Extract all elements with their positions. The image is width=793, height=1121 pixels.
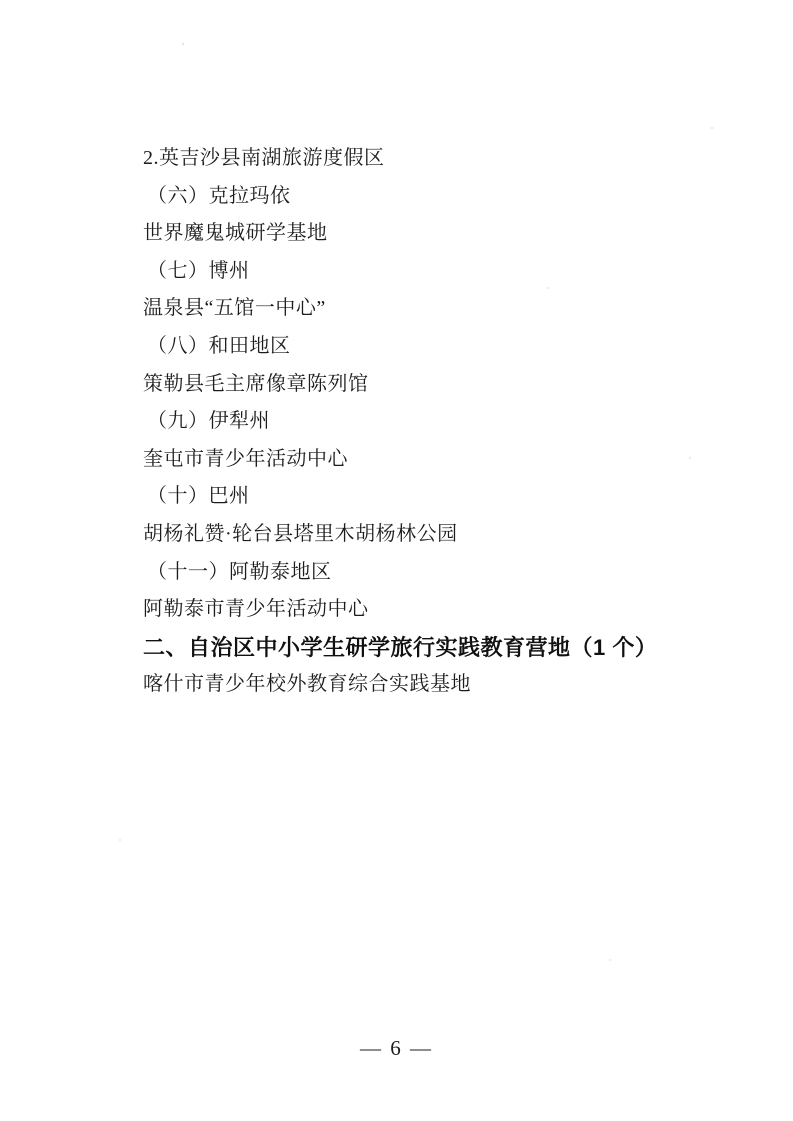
section-heading: 二、自治区中小学生研学旅行实践教育营地（1 个） [143,629,733,667]
list-entry-line: 策勒县毛主席像章陈列馆 [143,366,733,404]
prefecture-heading: （六）克拉玛依 [143,178,733,216]
page-number: — 6 — [0,1036,793,1061]
list-entry-line: 喀什市青少年校外教育综合实践基地 [143,666,733,704]
list-entry-line: 2.英吉沙县南湖旅游度假区 [143,140,733,178]
list-entry-line: 奎屯市青少年活动中心 [143,441,733,479]
list-entry-line: 阿勒泰市青少年活动中心 [143,591,733,629]
list-entry-line: 温泉县“五馆一中心” [143,290,733,328]
list-entry-line: 胡杨礼赞·轮台县塔里木胡杨林公园 [143,516,733,554]
document-body: 2.英吉沙县南湖旅游度假区 （六）克拉玛依 世界魔鬼城研学基地 （七）博州 温泉… [143,140,733,704]
prefecture-heading: （十一）阿勒泰地区 [143,554,733,592]
prefecture-heading: （九）伊犁州 [143,403,733,441]
prefecture-heading: （七）博州 [143,253,733,291]
list-entry-line: 世界魔鬼城研学基地 [143,215,733,253]
prefecture-heading: （八）和田地区 [143,328,733,366]
scanned-document-page: 2.英吉沙县南湖旅游度假区 （六）克拉玛依 世界魔鬼城研学基地 （七）博州 温泉… [0,0,793,1121]
prefecture-heading: （十）巴州 [143,478,733,516]
